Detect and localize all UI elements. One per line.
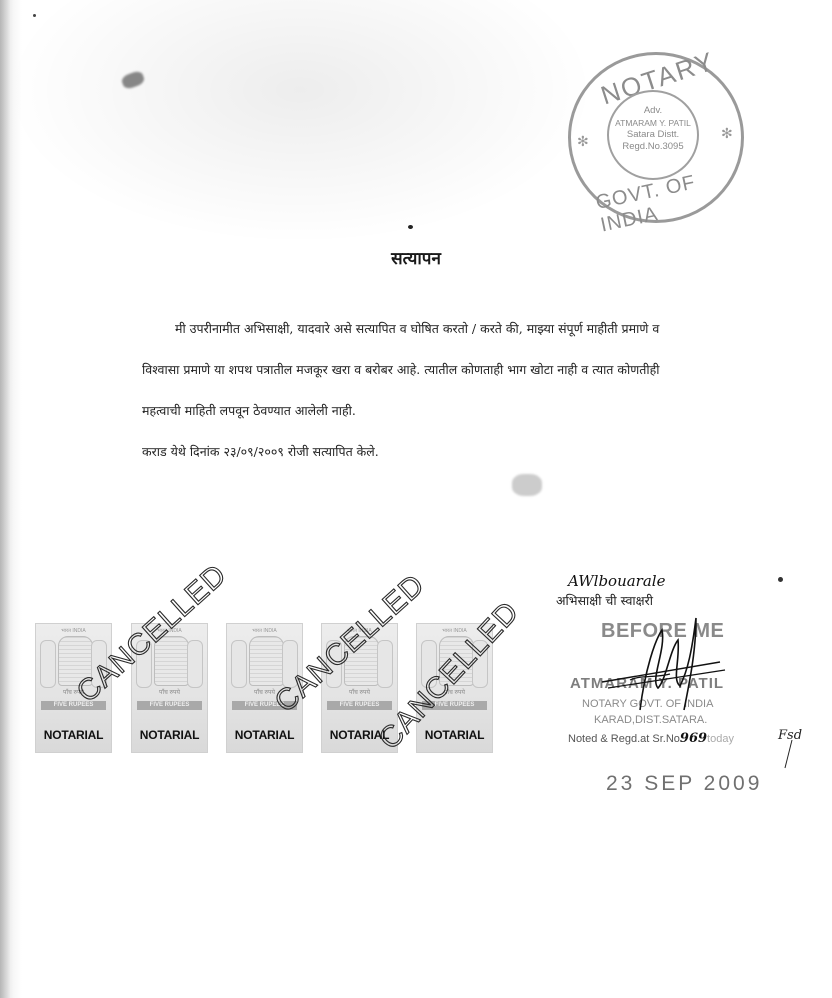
notary-signature — [600, 610, 730, 720]
star-icon: ✻ — [577, 133, 589, 150]
stamp-hindi-value: पाँच रुपये — [132, 688, 207, 696]
noted-prefix: Noted & Regd.at Sr.No — [568, 733, 680, 745]
stamp-label: NOTARIAL — [417, 728, 492, 742]
scan-speck — [33, 14, 36, 17]
deponent-signature: AWlbouarale — [568, 572, 665, 590]
stamp-label: NOTARIAL — [36, 728, 111, 742]
scan-edge — [0, 0, 10, 998]
place-date-line: कराड येथे दिनांक २३/०९/२००९ रोजी सत्यापि… — [142, 443, 379, 460]
stamp-ornament — [231, 640, 247, 688]
emblem-icon — [249, 636, 284, 686]
pen-stroke — [782, 740, 794, 770]
stamp-label: NOTARIAL — [227, 728, 302, 742]
star-icon: ✻ — [721, 125, 733, 142]
deponent-signature-label: अभिसाक्षी ची स्वाक्षरी — [556, 592, 653, 609]
seal-line: Satara Distt. — [609, 129, 697, 141]
page-title: सत्यापन — [0, 246, 832, 269]
seal-line: ATMARAM Y. PATIL — [609, 117, 697, 129]
ink-dot — [408, 225, 413, 229]
stamp-value: FIVE RUPEES — [327, 701, 392, 710]
notary-seal: NOTARY ✻ ✻ Adv. ATMARAM Y. PATIL Satara … — [568, 52, 744, 223]
stamp-country: भारत INDIA — [227, 628, 302, 634]
noted-suffix: today — [707, 733, 734, 745]
notary-register-line: Noted & Regd.at Sr.No969today — [568, 731, 734, 746]
seal-line: Regd.No.3095 — [609, 141, 697, 153]
paragraph-line: विश्वासा प्रमाणे या शपथ पत्रातील मजकूर ख… — [142, 361, 660, 378]
document-page: NOTARY ✻ ✻ Adv. ATMARAM Y. PATIL Satara … — [0, 0, 832, 998]
paragraph-line: महत्वाची माहिती लपवून ठेवण्यात आलेली नाह… — [142, 402, 356, 419]
stamp-hindi-value: पाँच रुपये — [322, 688, 397, 696]
stamp-value: FIVE RUPEES — [137, 701, 202, 710]
stamp-ornament — [187, 640, 203, 688]
smudge — [512, 474, 542, 496]
stamp-ornament — [377, 640, 393, 688]
ink-mark — [120, 70, 145, 91]
stamp-ornament — [40, 640, 56, 688]
serial-number: 969 — [680, 731, 707, 746]
paragraph-line: मी उपरीनामीत अभिसाक्षी, यादवारे असे सत्य… — [175, 320, 659, 337]
stamp-country: भारत INDIA — [36, 628, 111, 634]
ink-dot — [778, 577, 783, 582]
seal-line: Adv. — [609, 105, 697, 117]
seal-inner-ring: Adv. ATMARAM Y. PATIL Satara Distt. Regd… — [607, 90, 699, 180]
stamp-label: NOTARIAL — [132, 728, 207, 742]
date-stamp: 23 SEP 2009 — [606, 772, 762, 796]
